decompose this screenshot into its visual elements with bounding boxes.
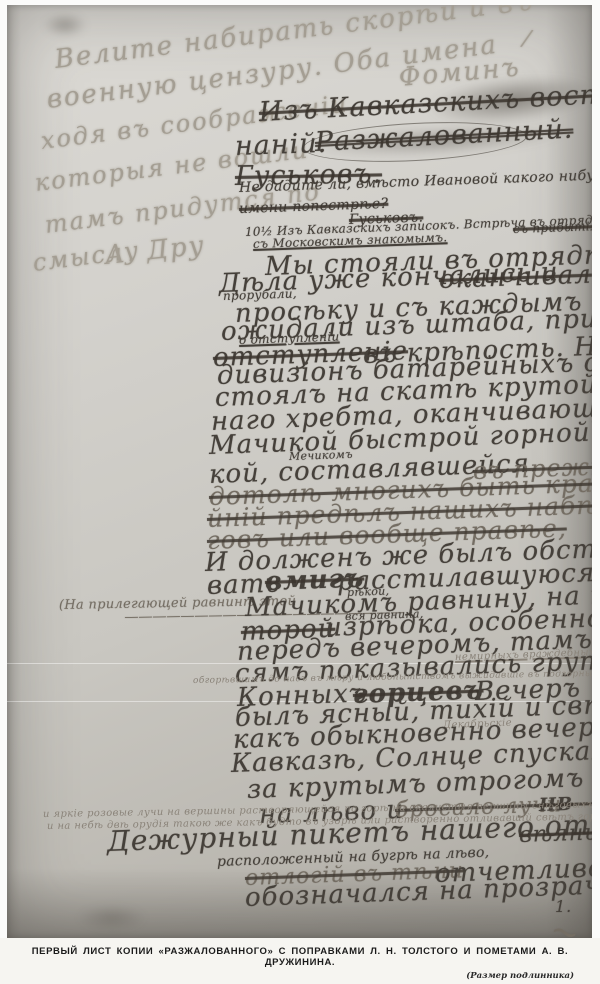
caption-bar: ПЕРВЫЙ ЛИСТ КОПИИ «РАЗЖАЛОВАННОГО» С ПОП… [0, 938, 600, 984]
photo-shadow-left [7, 5, 21, 938]
manuscript-line: вѣянье [519, 821, 592, 847]
manuscript-photo: Велите набирать скорѣй и въвоенную цензу… [7, 5, 592, 938]
book-page: Велите набирать скорѣй и въвоенную цензу… [0, 0, 600, 984]
ink-smudge [43, 13, 87, 37]
manuscript-line: / [521, 27, 534, 51]
manuscript-line: съ прибытія [513, 220, 592, 236]
photo-caption: ПЕРВЫЙ ЛИСТ КОПИИ «РАЗЖАЛОВАННОГО» С ПОП… [0, 946, 600, 968]
caption-note: (Размер подлинника) [0, 971, 574, 981]
page-number: 1. [555, 899, 572, 916]
